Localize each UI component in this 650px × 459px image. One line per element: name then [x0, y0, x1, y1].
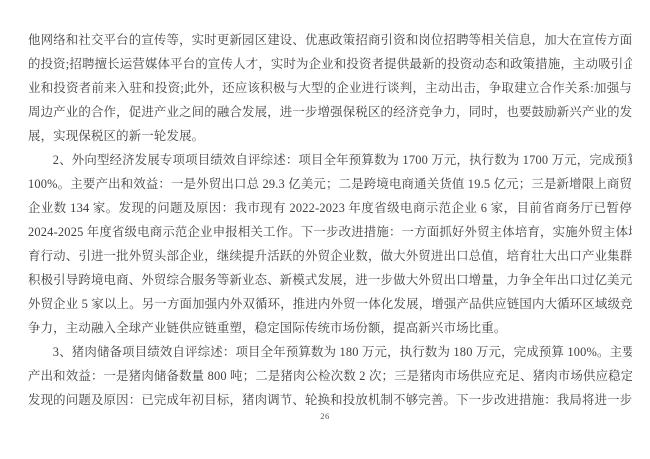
text-line: 100%。主要产出和效益：一是外贸出口总 29.3 亿美元；二是跨境电商通关货值…	[28, 172, 632, 196]
text-line: 他网络和社交平台的宣传等，实时更新园区建设、优惠政策招商引资和岗位招聘等相关信息…	[28, 28, 632, 52]
document-page: 他网络和社交平台的宣传等，实时更新园区建设、优惠政策招商引资和岗位招聘等相关信息…	[0, 0, 650, 459]
text-line: 积极引导跨境电商、外贸综合服务等新业态、新模式发展，进一步做大外贸出口增量，力争…	[28, 268, 632, 292]
text-line: 3、猪肉储备项目绩效自评综述：项目全年预算数为 180 万元，执行数为 180 …	[28, 340, 632, 364]
page-number: 26	[0, 410, 650, 422]
text-line: 企业数 134 家。发现的问题及原因：我市现有 2022-2023 年度省级电商…	[28, 196, 632, 220]
text-block: 他网络和社交平台的宣传等，实时更新园区建设、优惠政策招商引资和岗位招聘等相关信息…	[28, 28, 632, 412]
text-line: 外贸企业 5 家以上。另一方面加强内外双循环，推进内外贸一体化发展，增强产品供应…	[28, 292, 632, 316]
text-line: 周边产业的合作，促进产业之间的融合发展，进一步增强保税区的经济竞争力，同时，也要…	[28, 100, 632, 124]
text-line: 业和投资者前来入驻和投资;此外，还应该积极与大型的企业进行谈判，主动出击，争取建…	[28, 76, 632, 100]
text-line: 2024-2025 年度省级电商示范企业申报相关工作。下一步改进措施：一方面抓好…	[28, 220, 632, 244]
text-line: 育行动、引进一批外贸头部企业，继续提升活跃的外贸企业数，做大外贸进出口总值，培育…	[28, 244, 632, 268]
text-line: 争力，主动融入全球产业链供应链重塑，稳定国际传统市场份额，提高新兴市场比重。	[28, 316, 632, 340]
text-line: 展，实现保税区的新一轮发展。	[28, 124, 632, 148]
text-line: 的投资;招聘擅长运营媒体平台的宣传人才，实时为企业和投资者提供最新的投资动态和政…	[28, 52, 632, 76]
text-line: 2、外向型经济发展专项项目绩效自评综述：项目全年预算数为 1700 万元，执行数…	[28, 148, 632, 172]
text-line: 发现的问题及原因：已完成年初目标，猪肉调节、轮换和投放机制不够完善。下一步改进措…	[28, 388, 632, 412]
text-line: 产出和效益：一是猪肉储备数量 800 吨；二是猪肉公检次数 2 次；三是猪肉市场…	[28, 364, 632, 388]
